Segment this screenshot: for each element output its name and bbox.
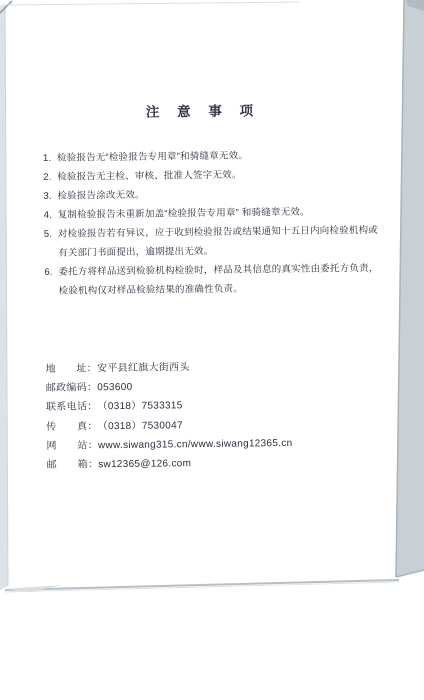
contact-value: sw12365@126.com — [98, 454, 191, 474]
contact-value: （0318）7530047 — [98, 416, 183, 436]
contact-label: 联系电话： — [46, 398, 98, 418]
contact-label: 网 站： — [46, 436, 98, 456]
item-number: 2. — [43, 168, 57, 187]
contact-label: 邮政编码： — [46, 378, 98, 398]
contact-label: 邮 箱： — [47, 455, 99, 475]
item-text: 委托方将样品送到检验机构检验时，样品及其信息的真实性由委托方负责，检验机构仅对样… — [58, 259, 383, 301]
notice-list: 1. 检验报告无“检验报告专用章”和骑缝章无效。 2. 检验报告无主检、审核、批… — [4, 145, 398, 302]
item-text: 对检验报告若有异议，应于收到检验报告或结果通知十五日内向检验机构或有关部门书面提… — [58, 221, 383, 263]
contact-value: www.siwang315.cn/www.siwang12365.cn — [98, 434, 293, 456]
scanner-background-right — [396, 0, 424, 577]
contact-block: 地 址： 安平县红旗大街西头 邮政编码： 053600 联系电话： （0318）… — [45, 356, 379, 475]
document-page: 注 意 事 项 1. 检验报告无“检验报告专用章”和骑缝章无效。 2. 检验报告… — [2, 0, 401, 590]
item-number: 4. — [44, 206, 58, 225]
corner-shadow-top-right — [406, 0, 424, 11]
contact-value: 安平县红旗大街西头 — [97, 358, 190, 378]
item-number: 5. — [44, 225, 58, 263]
contact-row-email: 邮 箱： sw12365@126.com — [47, 452, 380, 475]
contact-value: （0318）7533315 — [97, 397, 182, 417]
scanned-document-page: { "document": { "title": "注 意 事 项", "not… — [0, 0, 424, 700]
contact-label: 传 真： — [46, 417, 98, 437]
item-number: 3. — [43, 187, 57, 206]
contact-value: 053600 — [97, 378, 132, 398]
item-number: 1. — [43, 149, 57, 168]
item-number: 6. — [44, 263, 58, 301]
contact-label: 地 址： — [45, 359, 97, 379]
page-title: 注 意 事 项 — [3, 98, 395, 123]
notice-item-6: 6. 委托方将样品送到检验机构检验时，样品及其信息的真实性由委托方负责，检验机构… — [44, 259, 383, 301]
notice-item-5: 5. 对检验报告若有异议，应于收到检验报告或结果通知十五日内向检验机构或有关部门… — [44, 221, 383, 263]
